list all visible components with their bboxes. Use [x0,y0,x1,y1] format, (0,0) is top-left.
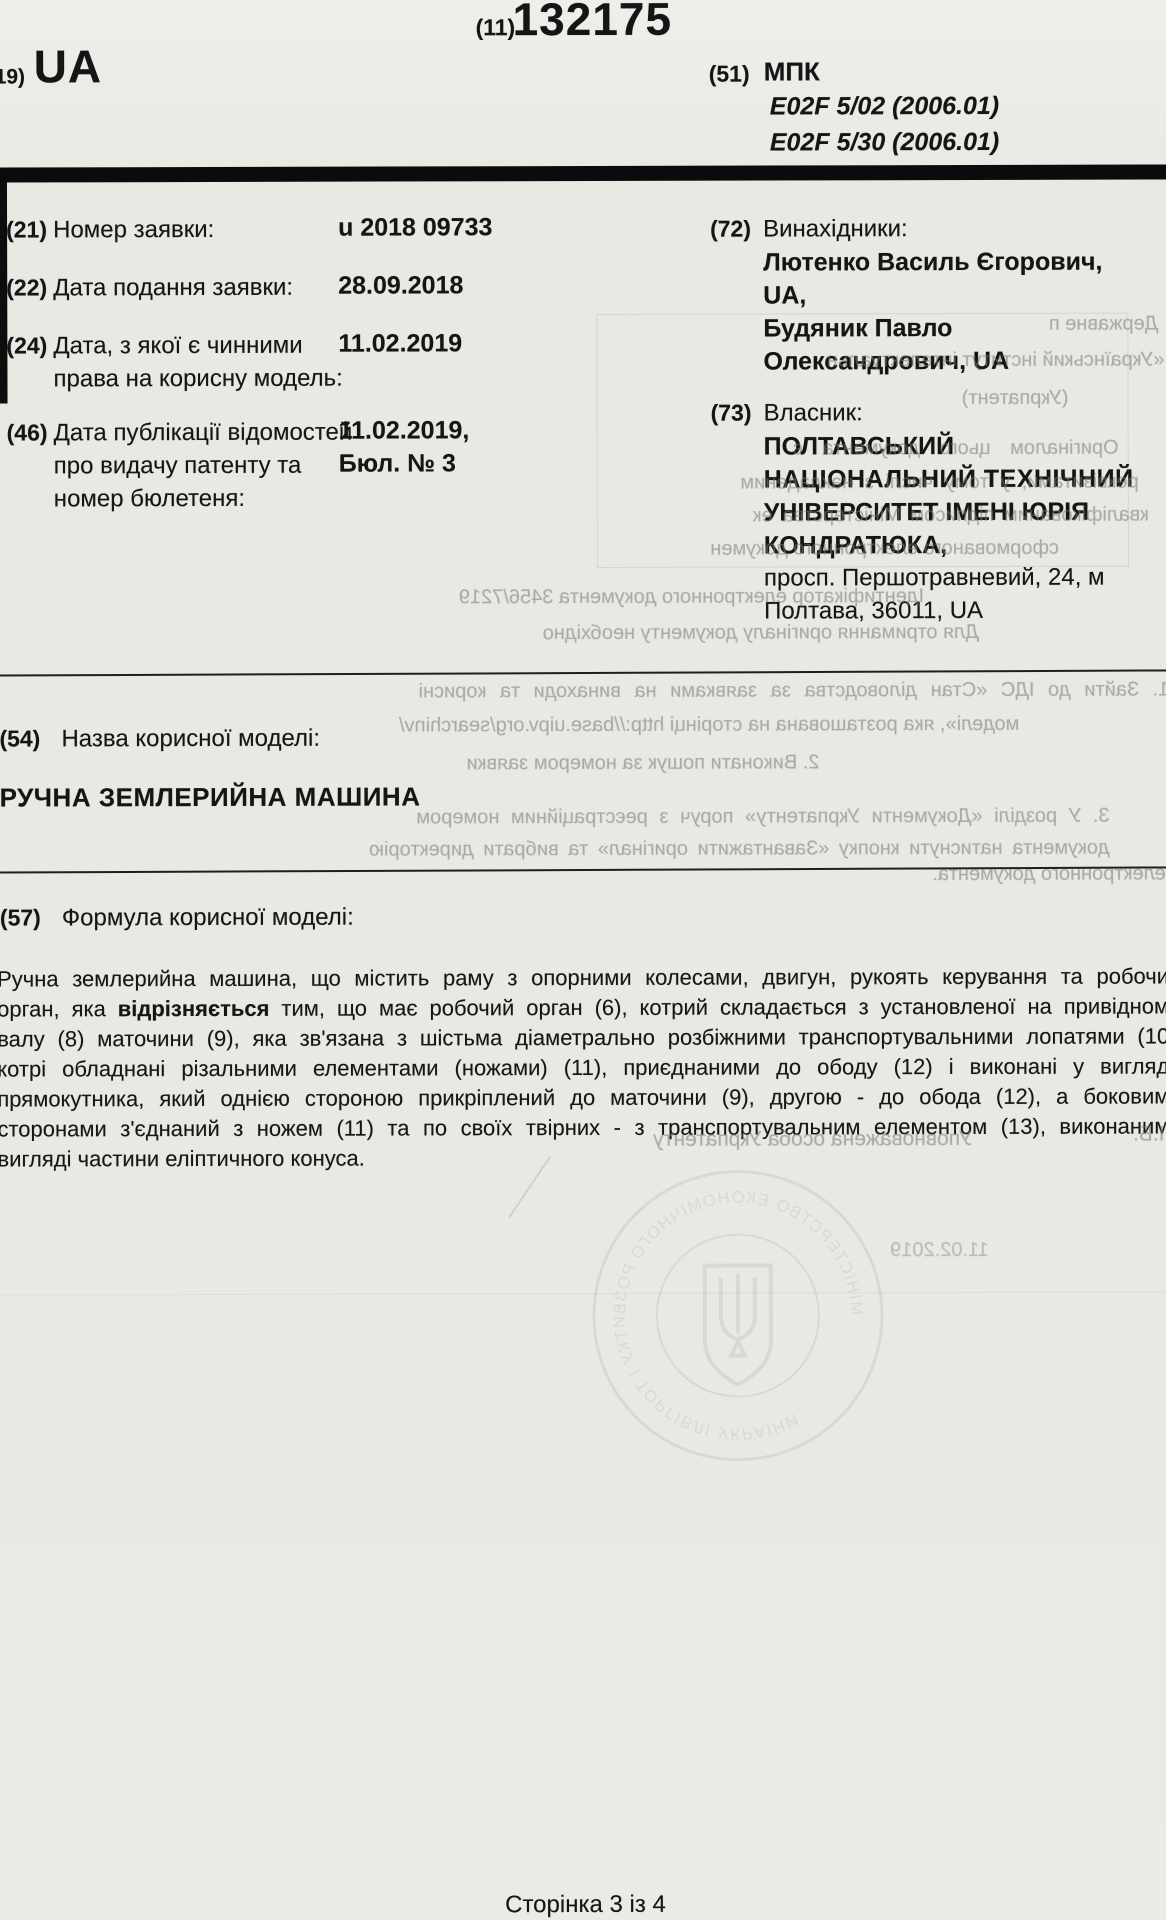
bleedthrough-text: Ідентифікатор електронного документа 345… [394,585,924,609]
field-46-label: про видачу патенту та [54,452,302,481]
country-code: UA [34,39,103,93]
field-22-label: Дата подання заявки: [53,274,293,303]
claim-line: орган, яка відрізняється тим, що має роб… [0,991,1166,1024]
country-code-tag: (19) [0,65,25,89]
title-section-tag: (54) [0,725,40,752]
bleedthrough-text: реквізитами, у тому числі з накладеним [599,471,1139,495]
field-24-label: Дата, з якої є чинними [53,332,302,361]
page-number-footer: Сторінка 3 із 4 [2,1889,1166,1920]
inventor-name: UA, [763,281,806,310]
bleedthrough-text: сформованого електронного докумен [599,537,1059,561]
bleedthrough-text: «Український інститут інтелектуальн [788,348,1164,372]
bleedthrough-text: Державне п [948,312,1158,336]
bleedthrough-text: Оригіналом цього документа є [599,437,1119,461]
claim-line: Ручна землерийна машина, що містить раму… [0,961,1166,994]
field-21-value: u 2018 09733 [338,213,492,242]
bleedthrough-text: 3. У розділі «Документи Укрпатенту» пору… [100,805,1110,831]
ipc-tag: (51) [709,61,750,88]
field-46-label: номер бюлетеня: [54,485,245,514]
field-21-label: Номер заявки: [53,216,214,244]
field-21-tag: (21) [6,216,47,243]
field-22-tag: (22) [6,274,47,301]
bleedthrough-text: (Укрпатент) [849,387,1069,411]
bleedthrough-text: 1. Зайти до ІДС «Стан діловодства за зая… [0,678,1166,704]
claim-distinguishing-word: відрізняється [118,996,270,1021]
field-46-value: Бюл. № 3 [339,449,456,478]
claim-line: сторонами з'єднаний з ножем (11) та по с… [0,1111,1166,1144]
claim-text: тим, що має робочий орган (6), котрий ск… [269,993,1166,1020]
publication-number-tag: (11) [476,14,516,41]
bleedthrough-text: 2. Виконати пошук за номером заявки [299,751,819,775]
ipc-code: E02F 5/30 (2006.01) [770,128,999,158]
claim-line: валу (8) маточини (9), яка зв'язана з ші… [0,1021,1166,1054]
inventor-name: Лютенко Василь Єгорович, [763,248,1102,278]
field-24-value: 11.02.2019 [338,329,462,358]
inventors-label: Винахідники: [763,215,908,243]
field-24-tag: (24) [6,332,47,359]
publication-number: 132175 [512,0,672,46]
trident-icon [705,1266,771,1385]
field-46-label: Дата публікації відомостей [54,419,353,448]
bleedthrough-text: Для отримання оригіналу документу необхі… [419,621,979,645]
claim-text: орган, яка [0,996,118,1021]
bleedthrough-text: електронного документа. [920,862,1166,886]
patent-scan-page: (11) 132175 (19) UA (51) МПК E02F 5/02 (… [0,0,1166,1920]
bleedthrough-text: кваліфікованим підписом Міністерства ек [599,504,1149,528]
scan-divider-bar [0,164,1166,182]
field-46-tag: (46) [7,419,48,446]
ipc-code: E02F 5/02 (2006.01) [770,92,999,122]
inventors-tag: (72) [710,216,751,243]
field-22-value: 28.09.2018 [338,271,463,300]
ipc-label: МПК [764,56,820,87]
claims-tag: (57) [0,904,41,931]
field-24-label: права на корисну модель: [53,365,342,394]
field-46-value: 11.02.2019, [339,416,470,445]
bleedthrough-initials: І.Б. [1098,1122,1164,1146]
claim-line: прямокутника, який однією стороною прикр… [0,1081,1166,1114]
claim-line: котрі обладнані різальними елементами (н… [0,1051,1166,1084]
scan-content: (11) 132175 (19) UA (51) МПК E02F 5/02 (… [0,0,1166,1920]
section-rule [0,669,1166,676]
bleedthrough-text: документа натиснути кнопку «Завантажити … [30,837,1110,863]
ministry-seal-watermark: МІНІСТЕРСТВО ЕКОНОМІЧНОГО РОЗВИТКУ І ТОР… [567,1145,908,1486]
claims-label: Формула корисної моделі: [62,904,354,933]
bleedthrough-text: моделі», яка розташована на сторінці htt… [139,713,1019,738]
